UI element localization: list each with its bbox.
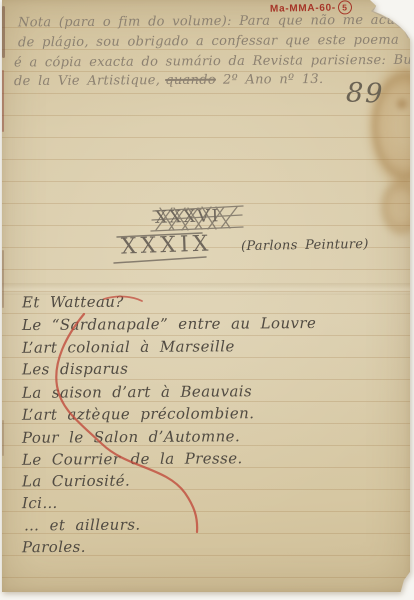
red-question-dash	[104, 297, 142, 301]
poem-line: L’art colonial à Marseille	[22, 337, 235, 356]
poem-line: Ici…	[22, 494, 58, 512]
note-line: de la Vie Artistique,quando2º Ano nº 13.	[14, 72, 324, 89]
poem-line: Le Courrier de la Presse.	[22, 449, 243, 469]
manuscript-page: Ma-MMA-60- 5 Nota (para o fim do volume)…	[2, 0, 410, 592]
poem-line: L’art aztèque précolombien.	[22, 404, 254, 424]
note-line: Nota (para o fim do volume): Para que nã…	[18, 13, 414, 31]
crossed-out-word: quando	[165, 73, 216, 88]
poem-line: La saison d’art à Beauvais	[22, 382, 252, 402]
binding-mark	[2, 420, 4, 456]
manuscript-page-wrap: Ma-MMA-60- 5 Nota (para o fim do volume)…	[0, 0, 414, 600]
poem-line: La Curiosité.	[22, 472, 130, 491]
section-title: (Parlons Peinture)	[241, 237, 369, 254]
fold-crease	[2, 283, 410, 295]
note-line4-rest: 2º Ano nº 13.	[223, 72, 324, 88]
note-line: de plágio, sou obrigado a confessar que …	[18, 33, 399, 51]
poem-line: Pour le Salon d’Automne.	[22, 427, 240, 447]
red-curve-mark	[56, 314, 197, 532]
binding-mark	[2, 250, 4, 308]
poem-line: Et Watteau?	[22, 293, 124, 312]
poem-line: Le “Sardanapale” entre au Louvre	[22, 314, 316, 334]
archive-number-circled: 5	[338, 0, 352, 14]
torn-edge-line	[372, 1, 408, 38]
archive-code-text: Ma-MMA-60-	[270, 2, 336, 14]
binding-mark	[2, 6, 5, 58]
paper-stain	[368, 170, 414, 244]
poem-line: … et ailleurs.	[24, 516, 141, 535]
scan-background: { "archive_label": { "code": "Ma-MMA-60-…	[0, 0, 414, 600]
poem-line: Paroles.	[22, 538, 86, 556]
note-line: é a cópia exacta do sumário da Revista p…	[14, 52, 414, 70]
note-line4-text: de la Vie Artistique,	[14, 73, 160, 89]
crossed-numeral: XXXVI	[155, 206, 221, 228]
paper-stain	[394, 96, 410, 112]
section-numeral: XXXIX	[121, 231, 213, 259]
binding-mark	[2, 70, 4, 132]
page-number: 89	[345, 77, 384, 109]
poem-line: Les disparus	[22, 360, 128, 379]
archive-code-label: Ma-MMA-60- 5	[270, 0, 352, 15]
